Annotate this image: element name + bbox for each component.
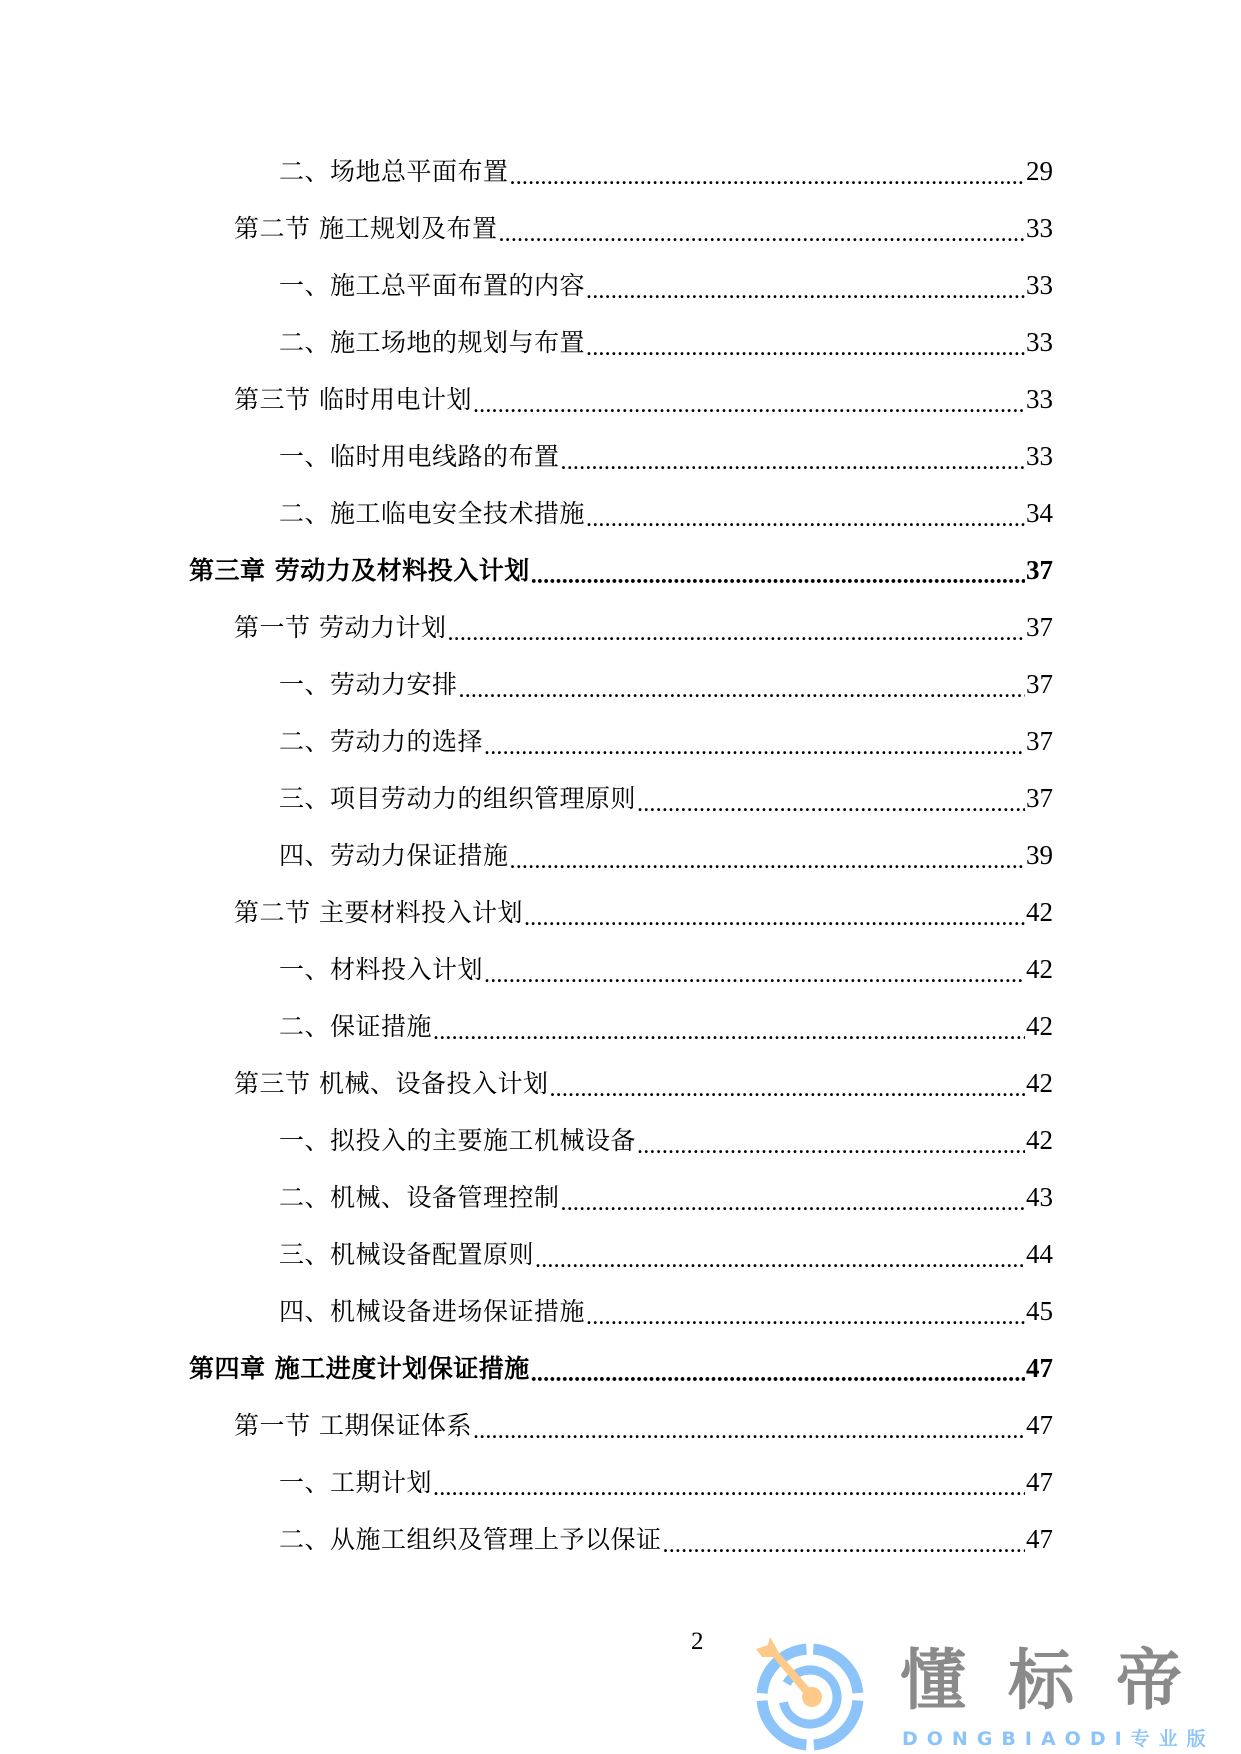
target-arrow-icon bbox=[748, 1635, 872, 1754]
toc-entry[interactable]: 四、机械设备进场保证措施 45 bbox=[279, 1285, 1053, 1338]
toc-entry-title: 一、材料投入计划 bbox=[279, 943, 483, 996]
toc-entry-page: 34 bbox=[1026, 487, 1053, 540]
toc-entry[interactable]: 第三节 机械、设备投入计划 42 bbox=[234, 1057, 1053, 1110]
toc-dot-leader bbox=[433, 1000, 1025, 1053]
toc-entry-title: 一、工期计划 bbox=[279, 1456, 432, 1509]
toc-entry[interactable]: 二、场地总平面布置 29 bbox=[279, 145, 1053, 198]
toc-entry-page: 47 bbox=[1026, 1513, 1053, 1566]
toc-entry-page: 42 bbox=[1026, 1000, 1053, 1053]
toc-entry[interactable]: 三、机械设备配置原则 44 bbox=[279, 1228, 1053, 1281]
toc-entry-title: 二、保证措施 bbox=[279, 1000, 432, 1053]
toc-entry[interactable]: 二、施工临电安全技术措施 34 bbox=[279, 487, 1053, 540]
toc-entry-page: 33 bbox=[1026, 373, 1053, 426]
toc-entry-page: 42 bbox=[1026, 886, 1053, 939]
toc-dot-leader bbox=[484, 943, 1025, 996]
toc-dot-leader bbox=[447, 601, 1025, 654]
toc-dot-leader bbox=[433, 1456, 1025, 1509]
toc-entry[interactable]: 一、拟投入的主要施工机械设备 42 bbox=[279, 1114, 1053, 1167]
toc-entry-page: 47 bbox=[1026, 1456, 1053, 1509]
toc-entry-page: 37 bbox=[1026, 544, 1053, 597]
toc-entry[interactable]: 二、保证措施 42 bbox=[279, 1000, 1053, 1053]
toc-entry-title: 一、施工总平面布置的内容 bbox=[279, 259, 585, 312]
toc-entry-title: 二、从施工组织及管理上予以保证 bbox=[279, 1513, 662, 1566]
toc-entry-page: 42 bbox=[1026, 1057, 1053, 1110]
toc-entry-title: 第三节 临时用电计划 bbox=[234, 373, 472, 426]
toc-entry-page: 29 bbox=[1026, 145, 1053, 198]
toc-dot-leader bbox=[484, 715, 1025, 768]
toc-entry-page: 33 bbox=[1026, 430, 1053, 483]
toc-entry-page: 42 bbox=[1026, 1114, 1053, 1167]
toc-entry[interactable]: 一、临时用电线路的布置 33 bbox=[279, 430, 1053, 483]
toc-entry-page: 45 bbox=[1026, 1285, 1053, 1338]
toc-dot-leader bbox=[637, 772, 1025, 825]
toc-entry-page: 47 bbox=[1026, 1399, 1053, 1452]
toc-entry-title: 第一节 工期保证体系 bbox=[234, 1399, 472, 1452]
toc-dot-leader bbox=[498, 202, 1025, 255]
toc-entry-title: 一、拟投入的主要施工机械设备 bbox=[279, 1114, 636, 1167]
toc-dot-leader bbox=[510, 145, 1025, 198]
toc-entry[interactable]: 二、从施工组织及管理上予以保证 47 bbox=[279, 1513, 1053, 1566]
toc-dot-leader bbox=[535, 1228, 1025, 1281]
toc-entry-page: 42 bbox=[1026, 943, 1053, 996]
toc-entry-title: 一、劳动力安排 bbox=[279, 658, 458, 711]
toc-dot-leader bbox=[510, 829, 1025, 882]
toc-entry[interactable]: 一、材料投入计划 42 bbox=[279, 943, 1053, 996]
toc-entry-title: 四、劳动力保证措施 bbox=[279, 829, 509, 882]
toc-dot-leader bbox=[586, 487, 1025, 540]
toc-entry[interactable]: 第二节 施工规划及布置 33 bbox=[234, 202, 1053, 255]
toc-entry-title: 二、劳动力的选择 bbox=[279, 715, 483, 768]
toc-entry-page: 47 bbox=[1026, 1342, 1053, 1395]
toc-entry[interactable]: 二、劳动力的选择 37 bbox=[279, 715, 1053, 768]
toc-entry[interactable]: 三、项目劳动力的组织管理原则 37 bbox=[279, 772, 1053, 825]
toc-dot-leader bbox=[561, 1171, 1025, 1224]
toc-entry-page: 44 bbox=[1026, 1228, 1053, 1281]
toc-entry-page: 33 bbox=[1026, 316, 1053, 369]
toc-entry-title: 一、临时用电线路的布置 bbox=[279, 430, 560, 483]
toc-entry-title: 第四章 施工进度计划保证措施 bbox=[189, 1342, 530, 1395]
toc-entry[interactable]: 四、劳动力保证措施 39 bbox=[279, 829, 1053, 882]
toc-dot-leader bbox=[459, 658, 1025, 711]
toc-entry[interactable]: 一、施工总平面布置的内容 33 bbox=[279, 259, 1053, 312]
toc-entry[interactable]: 二、施工场地的规划与布置 33 bbox=[279, 316, 1053, 369]
toc-entry-title: 第一节 劳动力计划 bbox=[234, 601, 446, 654]
toc-entry-title: 第三章 劳动力及材料投入计划 bbox=[189, 544, 530, 597]
toc-entry-title: 二、施工临电安全技术措施 bbox=[279, 487, 585, 540]
toc-dot-leader bbox=[586, 1285, 1025, 1338]
toc-dot-leader bbox=[531, 544, 1025, 597]
toc-entry-title: 二、场地总平面布置 bbox=[279, 145, 509, 198]
toc-chapter-entry[interactable]: 第四章 施工进度计划保证措施 47 bbox=[189, 1342, 1053, 1395]
toc-entry-page: 37 bbox=[1026, 658, 1053, 711]
toc-dot-leader bbox=[524, 886, 1025, 939]
toc-entry-title: 三、机械设备配置原则 bbox=[279, 1228, 534, 1281]
toc-entry-title: 三、项目劳动力的组织管理原则 bbox=[279, 772, 636, 825]
toc-entry-title: 二、机械、设备管理控制 bbox=[279, 1171, 560, 1224]
toc-dot-leader bbox=[549, 1057, 1025, 1110]
toc-dot-leader bbox=[586, 259, 1025, 312]
toc-entry-title: 四、机械设备进场保证措施 bbox=[279, 1285, 585, 1338]
toc-entry-title: 二、施工场地的规划与布置 bbox=[279, 316, 585, 369]
toc-entry[interactable]: 第一节 劳动力计划 37 bbox=[234, 601, 1053, 654]
page-number: 2 bbox=[691, 1628, 704, 1656]
toc-chapter-entry[interactable]: 第三章 劳动力及材料投入计划 37 bbox=[189, 544, 1053, 597]
toc-dot-leader bbox=[531, 1342, 1025, 1395]
toc-entry[interactable]: 第三节 临时用电计划 33 bbox=[234, 373, 1053, 426]
toc-entry-page: 37 bbox=[1026, 772, 1053, 825]
toc-entry[interactable]: 二、机械、设备管理控制 43 bbox=[279, 1171, 1053, 1224]
toc-entry-title: 第二节 主要材料投入计划 bbox=[234, 886, 523, 939]
toc-dot-leader bbox=[663, 1513, 1025, 1566]
toc-entry[interactable]: 第二节 主要材料投入计划 42 bbox=[234, 886, 1053, 939]
toc-entry-page: 33 bbox=[1026, 259, 1053, 312]
watermark-logo: 懂标帝 DONGBIAODI专业版 bbox=[748, 1635, 1218, 1754]
toc-dot-leader bbox=[473, 373, 1025, 426]
toc-entry-page: 39 bbox=[1026, 829, 1053, 882]
toc-dot-leader bbox=[561, 430, 1025, 483]
toc-entry[interactable]: 一、劳动力安排 37 bbox=[279, 658, 1053, 711]
toc-entry[interactable]: 一、工期计划 47 bbox=[279, 1456, 1053, 1509]
toc-entry-page: 43 bbox=[1026, 1171, 1053, 1224]
toc-dot-leader bbox=[473, 1399, 1025, 1452]
toc-entry-title: 第三节 机械、设备投入计划 bbox=[234, 1057, 548, 1110]
toc-entry-page: 37 bbox=[1026, 715, 1053, 768]
toc-dot-leader bbox=[637, 1114, 1025, 1167]
watermark-subtitle: DONGBIAODI专业版 bbox=[902, 1727, 1215, 1751]
toc-entry-title: 第二节 施工规划及布置 bbox=[234, 202, 497, 255]
watermark-brand: 懂标帝 bbox=[900, 1643, 1224, 1719]
toc-entry-page: 33 bbox=[1026, 202, 1053, 255]
toc-entry[interactable]: 第一节 工期保证体系 47 bbox=[234, 1399, 1053, 1452]
toc-entry-page: 37 bbox=[1026, 601, 1053, 654]
toc-dot-leader bbox=[586, 316, 1025, 369]
